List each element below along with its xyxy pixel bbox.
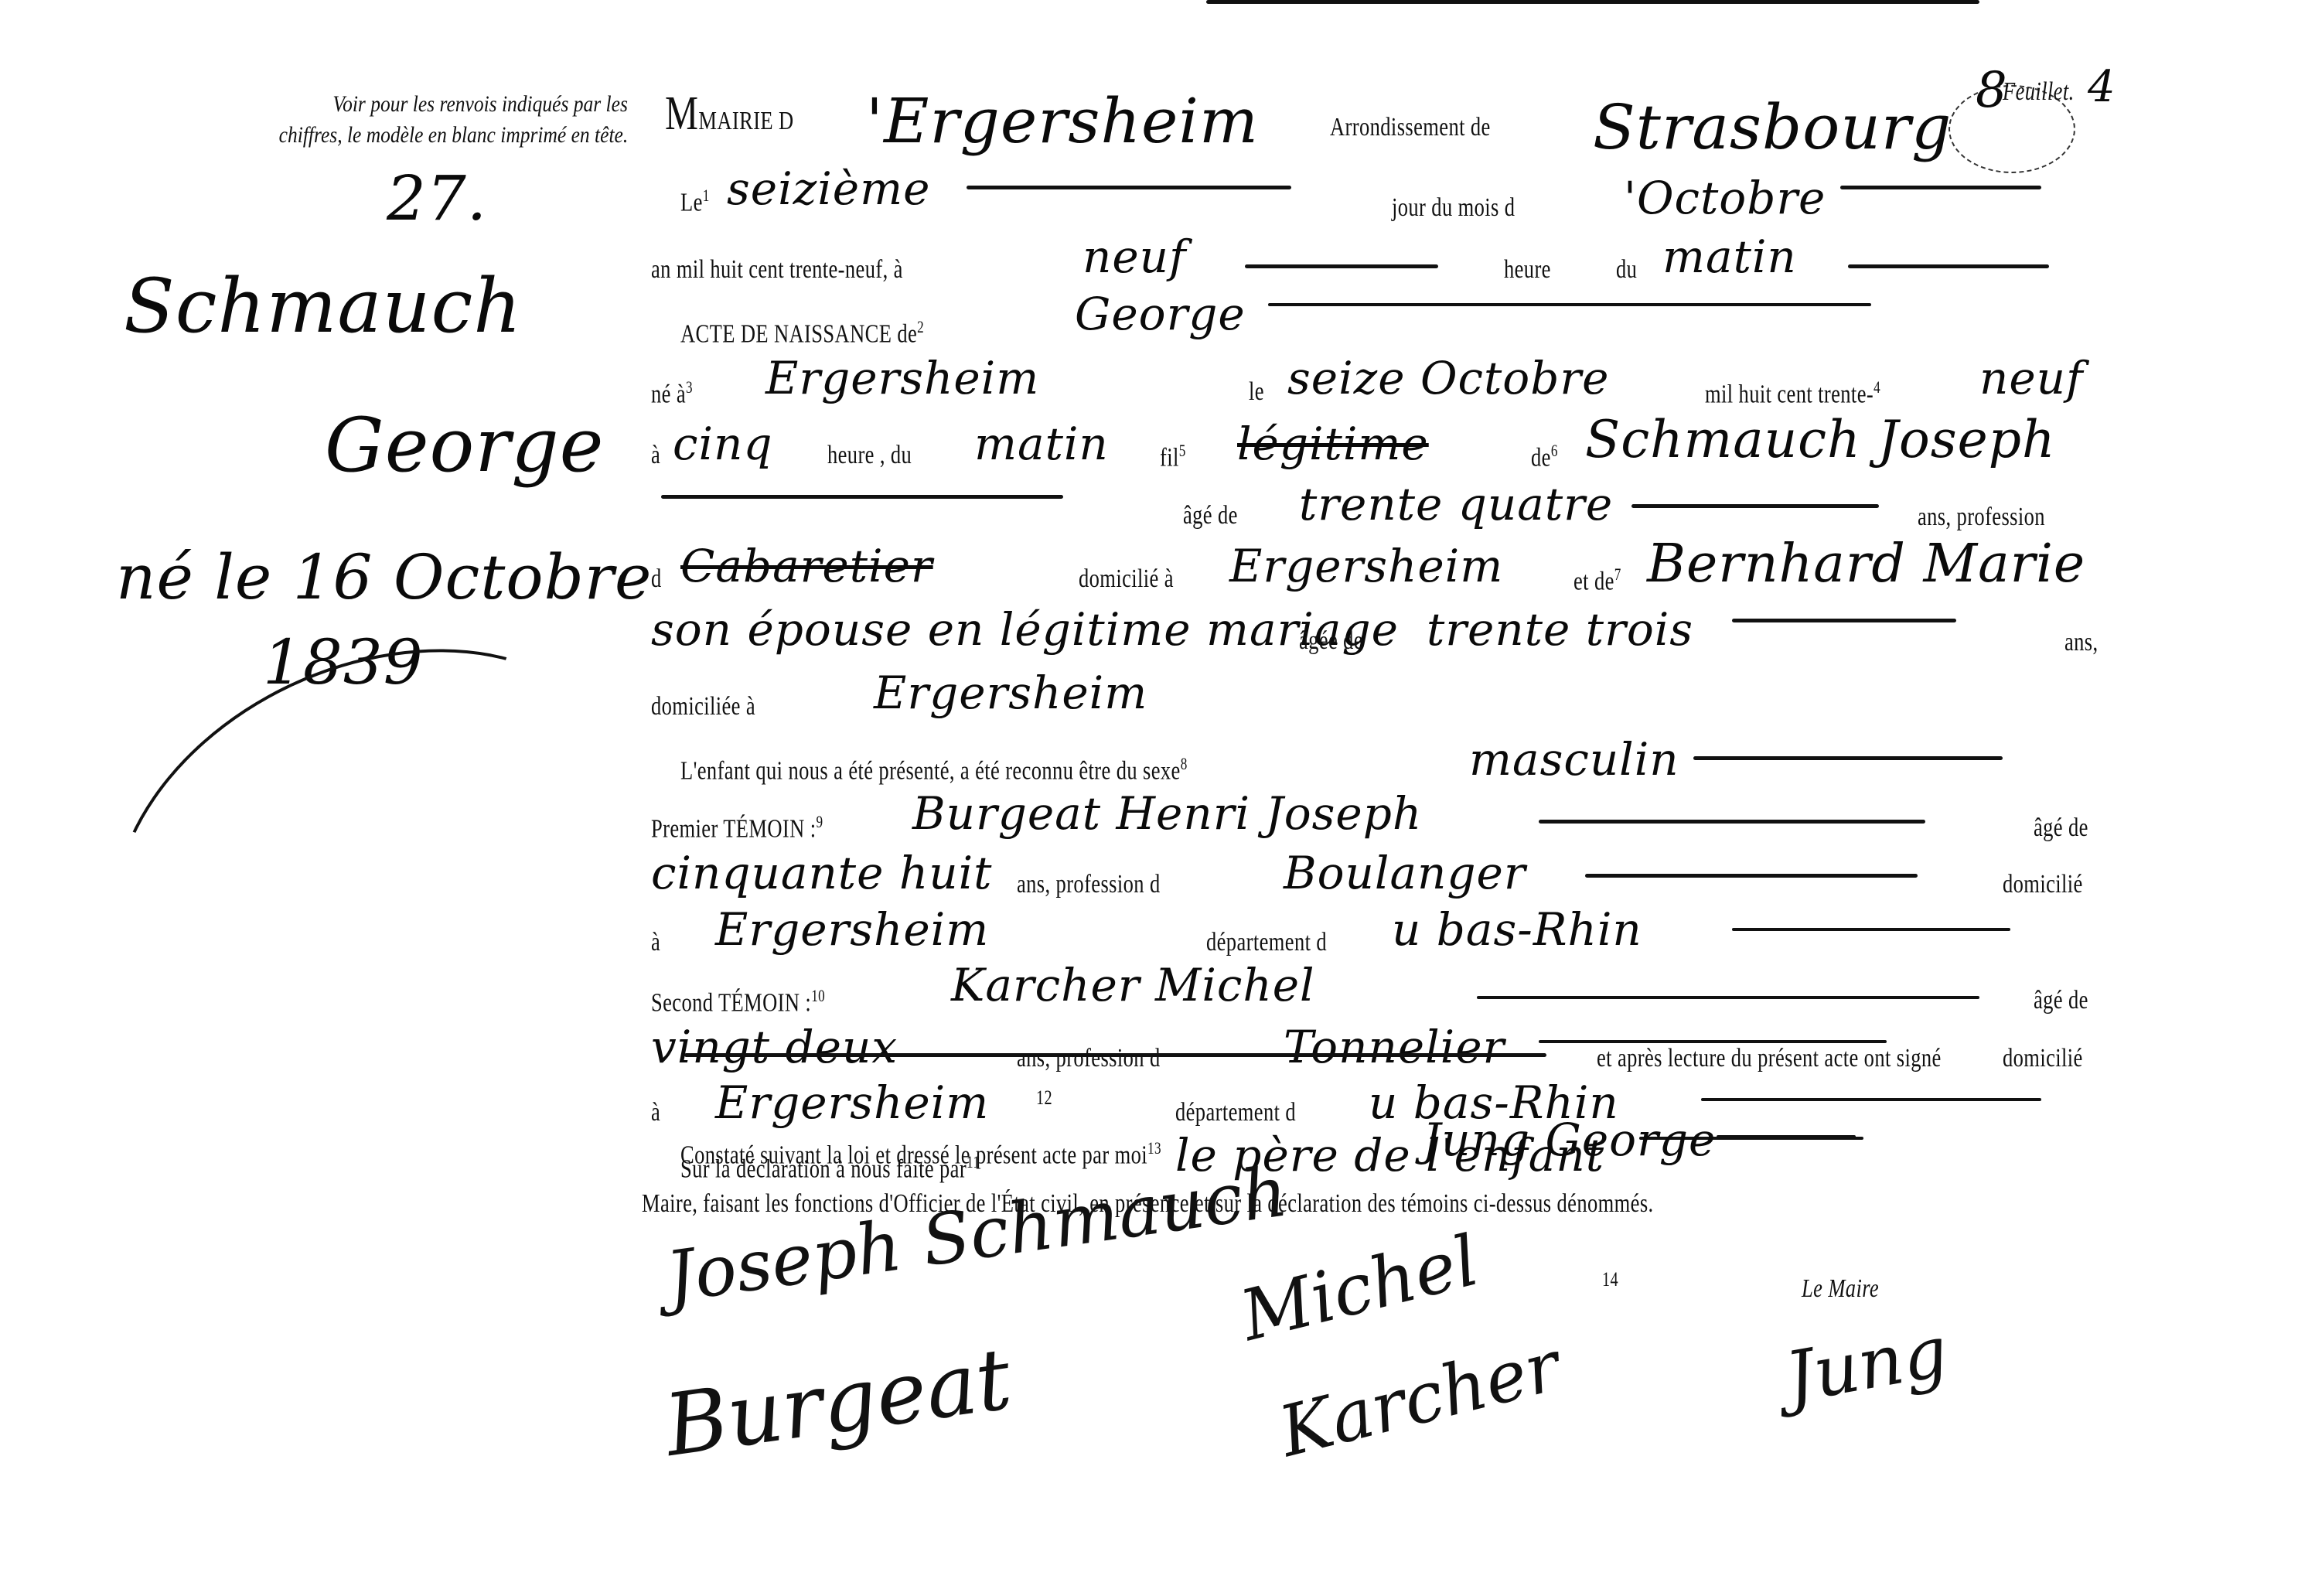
enfant-label: L'enfant qui nous a été présenté, a été …: [680, 754, 1188, 786]
signature-witness2-line1: Michel: [1233, 1220, 1487, 1357]
mother-domicile: Ergersheim: [874, 667, 1147, 719]
temoin2-age: vingt deux: [651, 1021, 898, 1073]
le-label: Le1: [680, 186, 710, 217]
father-domicile: Ergersheim: [1229, 540, 1503, 592]
mairie-value: 'Ergersheim: [866, 85, 1259, 157]
fill-line: [1245, 264, 1438, 268]
fill-line: [1732, 928, 2010, 931]
temoin2-dept-label: département d: [1175, 1098, 1296, 1127]
officer-name: Jung George: [1423, 1113, 1716, 1166]
father-age: trente quatre: [1299, 478, 1613, 530]
birthplace: Ergersheim: [765, 352, 1039, 404]
signature-witness1: Burgeat: [659, 1329, 1017, 1475]
arrondissement-value: Strasbourg: [1593, 91, 1952, 163]
a-label: à: [651, 441, 660, 470]
temoin2-profession: Tonnelier: [1284, 1021, 1505, 1073]
temoin1-dept-label: département d: [1206, 928, 1327, 957]
fill-line: [1206, 0, 1979, 4]
mother-relation: son épouse en légitime mariage: [651, 603, 1399, 656]
signature-witness2-line2: Karcher: [1272, 1325, 1568, 1473]
temoin1-label: Premier TÉMOIN :9: [651, 812, 823, 844]
fill-line: [1848, 264, 2049, 268]
lecture-label: et après lecture du présent acte ont sig…: [1597, 1044, 1942, 1073]
mother-age: trente trois: [1427, 603, 1693, 656]
birth-year-value: neuf: [1979, 352, 2084, 404]
heure-label: heure: [1504, 255, 1551, 285]
mil-label: mil huit cent trente-4: [1705, 377, 1880, 409]
agee-label: âgée de: [1299, 626, 1363, 656]
margin-entry-number: 27.: [387, 162, 487, 234]
temoin1-ans-label: ans, profession d: [1017, 870, 1161, 899]
legitimacy: légitime: [1237, 418, 1429, 470]
temoin2-name: Karcher Michel: [951, 959, 1315, 1011]
margin-note-line2: chiffres, le modèle en blanc imprimé en …: [278, 122, 628, 148]
le2-label: le: [1249, 377, 1264, 407]
du-label: du: [1616, 255, 1637, 285]
fill-line: [661, 495, 1063, 499]
arrondissement-label: Arrondissement de: [1330, 113, 1491, 142]
margin-entry-born: né le 16 Octobre: [116, 541, 652, 613]
temoin2-domicile: Ergersheim: [715, 1076, 989, 1129]
temoin1-a-label: à: [651, 928, 660, 957]
temoin2-age-label: âgé de: [2034, 986, 2088, 1015]
fill-line: [1701, 1098, 2041, 1101]
signature-mayor: Jung: [1780, 1311, 1954, 1419]
temoin1-age-label: âgé de: [2034, 813, 2088, 843]
temoin1-name: Burgeat Henri Joseph: [912, 787, 1422, 840]
birth-hour: cinq: [673, 418, 773, 470]
fil-label: fil5: [1160, 441, 1186, 472]
ne-label: né à3: [651, 377, 693, 409]
temoin2-a-label: à: [651, 1098, 660, 1127]
et-de-label: et de7: [1573, 564, 1621, 596]
feuillet-label: Feuillet.: [2003, 77, 2075, 107]
fill-line: [1631, 504, 1879, 508]
temoin1-domicilie-label: domicilié: [2003, 870, 2083, 899]
fill-line: [1539, 1040, 1887, 1043]
child-name: George: [1075, 288, 1246, 340]
margin-note-line1: Voir pour les renvois indiqués par les: [332, 91, 628, 118]
lecture-fill-line: [684, 1053, 1546, 1057]
margin-entry-surname: Schmauch: [124, 263, 522, 350]
le-maire-label: Le Maire: [1802, 1274, 1879, 1304]
fill-line: [1268, 303, 1871, 306]
fill-line: [1693, 756, 2003, 760]
age-label: âgé de: [1183, 501, 1238, 530]
margin-entry-given-name: George: [325, 402, 604, 489]
domicilie-label: domicilié à: [1079, 564, 1174, 594]
jour-label: jour du mois d: [1392, 193, 1515, 223]
sex-value: masculin: [1469, 733, 1679, 786]
temoin2-domicilie-label: domicilié: [2003, 1044, 2083, 1073]
acte-label: ACTE DE NAISSANCE de2: [680, 317, 924, 349]
fill-line: [1539, 820, 1925, 824]
domiciliee-label: domiciliée à: [651, 692, 755, 721]
birth-period: matin: [974, 418, 1109, 470]
mairie-label: MMairie d: [665, 87, 794, 142]
mother-name: Bernhard Marie: [1647, 534, 2085, 595]
day-value: seizième: [727, 162, 930, 215]
hour-value: neuf: [1083, 230, 1187, 283]
de6-label: de6: [1531, 441, 1558, 472]
father-profession: Cabaretier: [680, 540, 933, 592]
temoin1-domicile: Ergersheim: [715, 903, 989, 956]
fill-line: [1585, 874, 1918, 878]
month-value: 'Octobre: [1624, 172, 1826, 224]
feuillet-suffix: 4: [2088, 62, 2116, 112]
temoin1-dept: u bas-Rhin: [1392, 903, 1642, 956]
margin-flourish: [43, 568, 705, 1155]
fill-line: [1732, 619, 1956, 622]
temoin1-profession: Boulanger: [1284, 847, 1526, 899]
ans-label: ans,: [2064, 628, 2099, 657]
heure2-label: heure , du: [827, 441, 912, 470]
fill-line: [1477, 996, 1979, 999]
period-value: matin: [1662, 230, 1797, 283]
note-14: 14: [1602, 1268, 1618, 1291]
temoin2-ans-label: ans, profession d: [1017, 1044, 1161, 1073]
fill-line: [1840, 186, 2041, 189]
fill-line: [1717, 1135, 1856, 1138]
temoin2-label: Second TÉMOIN :10: [651, 986, 825, 1018]
d-label: d: [651, 564, 662, 594]
father-name: Schmauch Joseph: [1585, 410, 2055, 469]
year-label: an mil huit cent trente-neuf, à: [651, 255, 903, 285]
fill-line: [967, 186, 1291, 189]
ans-profession-label: ans, profession: [1918, 503, 2045, 532]
birth-date: seize Octobre: [1287, 352, 1609, 404]
note-12: 12: [1036, 1086, 1052, 1110]
temoin1-age: cinquante huit: [651, 847, 992, 899]
constate-label: Constaté suivant la loi et dressé le pré…: [680, 1138, 1161, 1170]
